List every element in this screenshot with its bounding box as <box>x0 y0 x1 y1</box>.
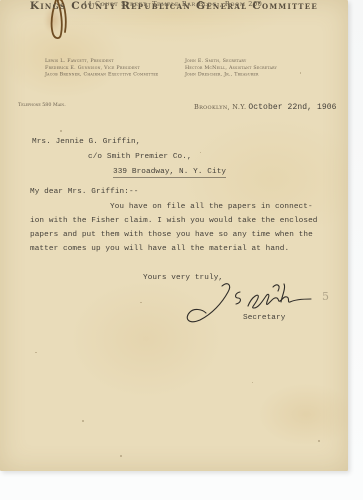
body-line-1: You have on file all the papers in conne… <box>110 203 313 211</box>
paper-speck <box>252 382 253 383</box>
officer-line: Jacob Brenner, Chairman Executive Commit… <box>45 72 158 79</box>
letter-page: Kings County Republican General Committe… <box>0 0 348 471</box>
dateline: Brooklyn, N.Y. October 22nd, 1906 <box>194 103 337 112</box>
paper-speck <box>82 420 84 422</box>
paper-speck <box>200 152 201 153</box>
paper-speck <box>318 440 320 442</box>
signature-title: Secretary <box>243 314 285 322</box>
paper-speck <box>120 455 122 457</box>
body-line-4: matter comes up you will have all the ma… <box>30 245 289 253</box>
body-line-3: papers and put them with those you have … <box>30 231 313 239</box>
officer-line: John Drescher, Jr., Treasurer <box>185 72 277 79</box>
recipient-name: Mrs. Jennie G. Griffin, <box>32 138 140 146</box>
signature-j-e-smith <box>178 278 318 333</box>
typed-date: October 22nd, 1906 <box>248 103 336 112</box>
city-printed: Brooklyn, N.Y. <box>194 103 246 111</box>
officers-right-column: John E. Smith, Secretary Hector McNeill,… <box>185 58 300 84</box>
officer-line: Frederick E. Gunnison, Vice President <box>45 65 158 72</box>
recipient-address: 339 Broadway, N. Y. City <box>113 168 226 178</box>
officer-line: John E. Smith, Secretary <box>185 58 277 65</box>
paper-speck <box>60 130 62 132</box>
officer-line: Hector McNeill, Assistant Secretary <box>185 65 277 72</box>
paper-speck <box>35 352 37 353</box>
ghost-digit: 5 <box>322 290 329 303</box>
salutation: My dear Mrs. Griffin:-- <box>30 188 138 196</box>
paper-speck <box>300 72 301 74</box>
street-address: 44 Court Street, Temple Bar Bldg., Room … <box>0 0 348 8</box>
recipient-care-of: c/o Smith Premier Co., <box>88 153 192 161</box>
telephone-line: Telephone 580 Main. <box>18 102 66 108</box>
paper-speck <box>140 302 142 303</box>
body-line-2: ion with the Fisher claim. I wish you wo… <box>30 217 318 225</box>
officer-line: Lewis L. Fawcett, President <box>45 58 158 65</box>
officers-left-column: Lewis L. Fawcett, President Frederick E.… <box>45 58 187 84</box>
